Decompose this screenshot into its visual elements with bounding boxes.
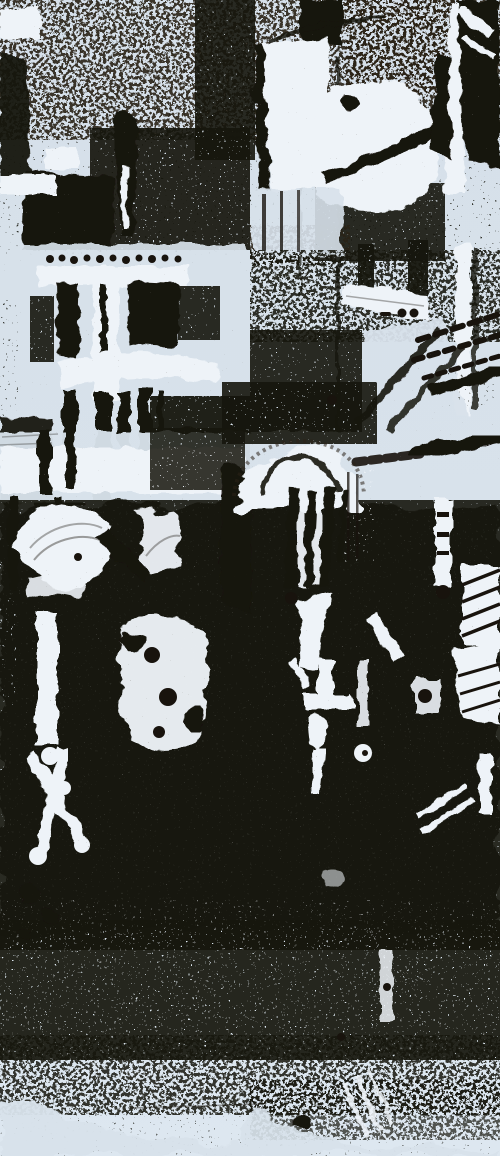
artwork-canvas xyxy=(0,0,500,1156)
global-grain xyxy=(0,0,500,1156)
abstract-artwork xyxy=(0,0,500,1156)
